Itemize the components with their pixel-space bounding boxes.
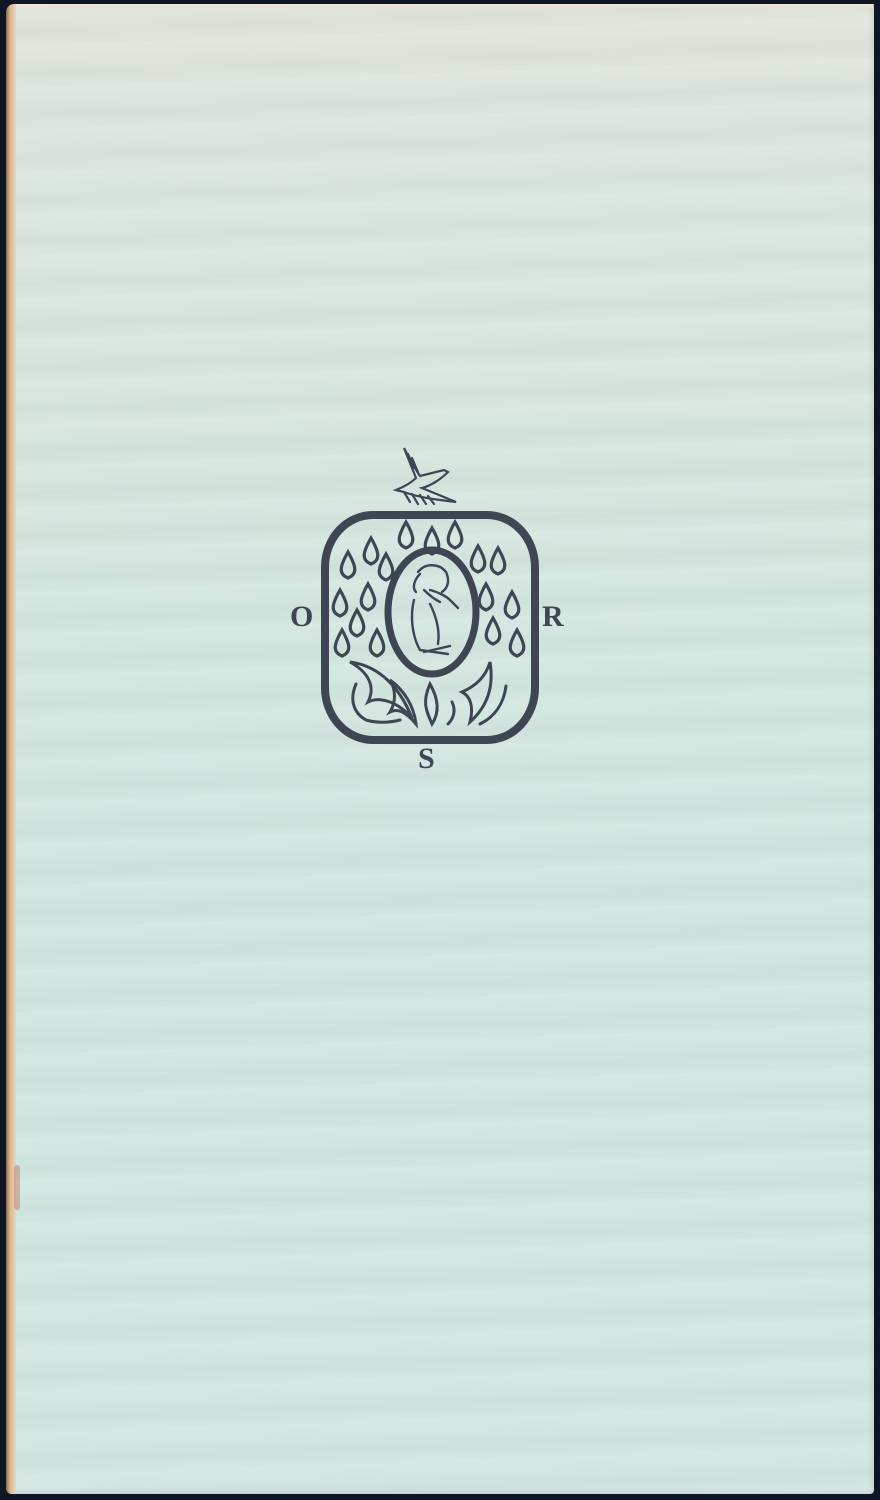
printers-device-emblem: O R S	[280, 440, 580, 780]
book-spine-edge	[6, 4, 16, 1494]
emblem-letter-bottom: S	[418, 742, 435, 776]
crouching-figure	[388, 550, 476, 674]
top-edge-wear	[16, 4, 874, 10]
dove-icon	[396, 448, 456, 504]
emblem-letter-left: O	[290, 600, 313, 634]
red-stain	[14, 1165, 20, 1210]
emblem-letter-right: R	[542, 600, 564, 634]
raindrops	[333, 522, 524, 656]
emblem-graphic	[280, 440, 580, 780]
